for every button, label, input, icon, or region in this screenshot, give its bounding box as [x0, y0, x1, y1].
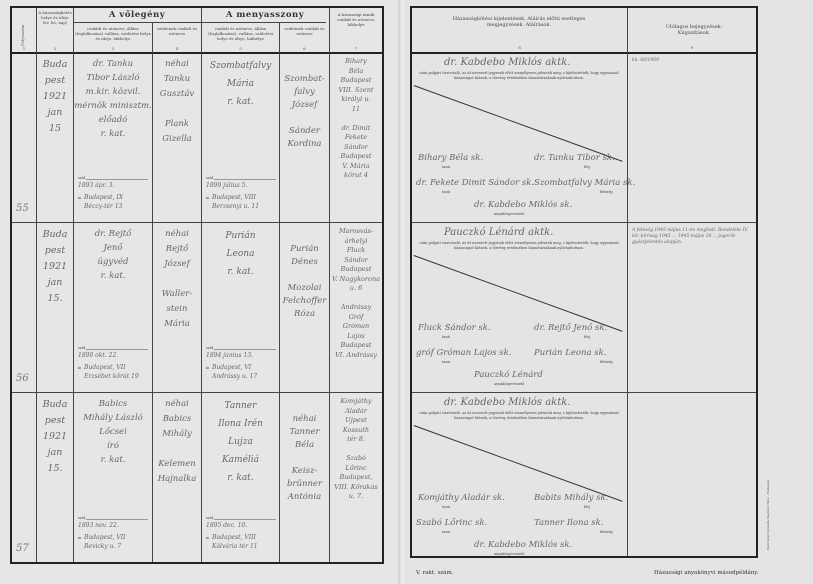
born-label: szül.: [206, 516, 214, 521]
signature-groom: dr. Rejtő Jenő sk.: [534, 323, 607, 333]
groom-birth-date: 1893 ápr. 3.: [78, 181, 114, 190]
groom-details: Babics Mihály László Lőcsei író r. kat.: [74, 397, 152, 467]
in-label: in: [206, 536, 209, 541]
col-number: 3: [74, 46, 152, 51]
born-label: szül.: [78, 516, 86, 521]
groom-residence: Budapest, VII Revicky u. 7: [84, 533, 125, 551]
bride-details: Szombatfalvy Mária r. kat.: [202, 57, 279, 111]
in-label: in: [206, 366, 209, 371]
marriage-place-date: Buda pest 1921 jan 15: [37, 57, 73, 137]
witnesses: Komjáthy Aladár Ujpest Kossuth tér 8. Sz…: [330, 397, 382, 502]
signature-witness-2: gróf Gróman Lajos sk.: [416, 348, 512, 358]
col-header-bride-parents: szüleinek családi és utóneve: [281, 26, 328, 36]
signature-witness-2: Szabó Lőrinc sk.: [416, 518, 487, 528]
witness-label: tanú: [442, 165, 450, 169]
groom-birth-date: 1890 okt. 22.: [78, 351, 118, 360]
right-col-divider: [627, 8, 628, 556]
bride-birth-date: 1895 dec. 10.: [206, 521, 247, 530]
col-header-place-date: A házasságkötés helye és ideje (év, hó, …: [38, 10, 72, 25]
signature-witness-2: dr. Fekete Dimit Sándor sk.: [416, 178, 534, 188]
born-label: szül.: [206, 176, 214, 181]
witness-label: tanú: [442, 335, 450, 339]
signature-bride: Purián Leona sk.: [534, 348, 606, 358]
bride-title: A menyasszony: [202, 10, 328, 20]
groom-title: A vőlegény: [74, 10, 200, 20]
later-entry-note: kk. 60/1969: [632, 58, 752, 64]
signature-witness-1: Fluck Sándor sk.: [418, 323, 491, 333]
later-entry-note: A feleség 1945 május 11-én meghalt. Rend…: [632, 228, 752, 246]
right-row-separator-2: [412, 392, 756, 393]
printed-declaration: után polgári tisztviselő, az itt nevezet…: [414, 241, 624, 250]
groom-parents: néhai Tanku Gusztáv Plank Gizella: [153, 57, 201, 147]
in-label: in: [206, 196, 209, 201]
witness-label: tanú: [442, 530, 450, 534]
bride-parents: Szombat- falvy József Sánder Kordina: [280, 73, 329, 151]
printed-declaration: után polgári tisztviselő, az itt nevezet…: [414, 71, 624, 80]
signature-registrar: dr. Kabdebo Miklós sk.: [474, 540, 572, 550]
registrar-label: anyakönyvvezető: [494, 552, 524, 556]
groom-details: dr. Tanku Tibor László m.kir. közvil. mé…: [74, 57, 152, 141]
dotted-rule: [214, 179, 276, 180]
record-number: 56: [16, 373, 29, 384]
col-number: 7: [330, 46, 382, 51]
row-separator-2: [12, 392, 382, 393]
footer-copy-label: Házassági anyakönyvi másodpéldány.: [654, 570, 758, 576]
bride-label: feleség: [600, 530, 613, 534]
groom-birth-date: 1893 nov. 22.: [78, 521, 119, 530]
born-label: szül.: [78, 346, 86, 351]
witness-label: tanú: [442, 505, 450, 509]
col-header-bride: családi és utóneve, állása (foglalkozása…: [203, 26, 278, 41]
printer-imprint: Pesti Könyvnyomda Részvény-Társ. - Budap…: [766, 470, 770, 550]
bride-birth-date: 1899 július 5.: [206, 181, 247, 190]
col-header-witnesses: A házassági tanúk családi és utóneve, la…: [331, 12, 381, 27]
col-number: 5: [202, 46, 279, 51]
right-table-frame: [410, 6, 758, 558]
col-header-serial: Folyószám: [20, 20, 25, 46]
col-header-later-entries: Utólagos bejegyzések. Kiigazítások.: [654, 24, 734, 36]
witnesses: Bihary Béla Budapest VIII. Szent királyi…: [330, 57, 382, 181]
groom-bride-subrule: [74, 22, 326, 23]
groom-parents: néhai Babics Mihály Kelemen Hajnalka: [153, 397, 201, 487]
col-number: 1: [12, 46, 36, 51]
signature-groom: dr. Tanku Tibor sk.: [534, 153, 615, 163]
signature-groom: Babits Mihály sk.: [534, 493, 608, 503]
in-label: in: [78, 366, 81, 371]
groom-details: dr. Rejtő Jenő ügyvéd r. kat.: [74, 227, 152, 283]
signature-witness-1: Bihary Béla sk.: [418, 153, 483, 163]
signature-bride: Szombatfalvy Mária sk.: [534, 178, 635, 188]
dotted-rule: [86, 519, 148, 520]
col-number: 2: [37, 46, 73, 51]
col-number: 9: [628, 45, 756, 50]
registrar-heading: Pauczkó Lénárd aktk.: [444, 227, 553, 238]
marriage-place-date: Buda pest 1921 jan 15.: [37, 227, 73, 307]
left-register-page: Folyószám A házasságkötés helye és ideje…: [0, 0, 400, 584]
in-label: in: [78, 536, 81, 541]
dotted-rule: [86, 179, 148, 180]
groom-label: férj: [584, 505, 590, 509]
row-separator-1: [12, 222, 382, 223]
registrar-heading: dr. Kabdebo Miklós aktk.: [444, 397, 571, 408]
groom-residence: Budapest, VII Erzsébet körút 19: [84, 363, 139, 381]
col-number: 8: [412, 45, 627, 50]
printed-declaration: után polgári tisztviselő, az itt nevezet…: [414, 411, 624, 420]
col-header-declarations: Házasságkötési kijelentések. Aláírás elő…: [444, 16, 594, 28]
bride-birth-date: 1894 június 13.: [206, 351, 253, 360]
witnesses: Marosvás- árhelyi Fluck Sándor Budapest …: [330, 227, 382, 360]
registrar-heading: dr. Kabdebo Miklós aktk.: [444, 57, 571, 68]
registrar-label: anyakönyvvezető: [494, 382, 524, 386]
bride-residence: Budapest, VIII Kálvária tér 11: [212, 533, 258, 551]
witness-label: tanú: [442, 190, 450, 194]
marriage-place-date: Buda pest 1921 jan 15.: [37, 397, 73, 477]
signature-witness-1: Komjáthy Aladár sk.: [418, 493, 505, 503]
col-number: 4: [153, 46, 201, 51]
right-header-bottom-rule: [412, 52, 756, 54]
bride-label: feleség: [600, 360, 613, 364]
footer-stock-number: V. rakt. szám.: [416, 570, 453, 576]
record-number: 55: [16, 203, 29, 214]
groom-label: férj: [584, 335, 590, 339]
in-label: in: [78, 196, 81, 201]
groom-label: férj: [584, 165, 590, 169]
groom-parents: néhai Rejtő József Waller- stein Mária: [153, 227, 201, 332]
witness-label: tanú: [442, 360, 450, 364]
bride-residence: Budapest, VIII Berzsenyi u. 11: [212, 193, 259, 211]
bride-parents: néhai Tanner Béla Keisz- brünner Antónia: [280, 413, 329, 504]
bride-details: Tanner Ilona Irén Lujza Kaméliá r. kat.: [202, 397, 279, 487]
groom-residence: Budapest, IX Béccy-tér 13: [84, 193, 123, 211]
signature-registrar: Pauczkó Lénárd: [474, 370, 543, 380]
header-bottom-rule: [12, 52, 382, 54]
bride-residence: Budapest, VI Andrássy u. 17: [212, 363, 257, 381]
col-header-groom: családi és utóneve, állása (foglalkozása…: [75, 26, 151, 41]
bride-details: Purián Leona r. kat.: [202, 227, 279, 281]
record-number: 57: [16, 543, 29, 554]
right-register-page: Házasságkötési kijelentések. Aláírás elő…: [404, 0, 813, 584]
right-row-separator-1: [412, 222, 756, 223]
registrar-label: anyakönyvvezető: [494, 212, 524, 216]
bride-label: feleség: [600, 190, 613, 194]
col-number: 6: [280, 46, 329, 51]
signature-bride: Tanner Ilona sk.: [534, 518, 603, 528]
dotted-rule: [214, 349, 276, 350]
dotted-rule: [86, 349, 148, 350]
col-header-groom-parents: szüleinek családi és utóneve: [154, 26, 200, 36]
signature-registrar: dr. Kabdebo Miklós sk.: [474, 200, 572, 210]
bride-parents: Purián Dénes Mozolai Felchoffer Róza: [280, 243, 329, 321]
born-label: szül.: [78, 176, 86, 181]
dotted-rule: [214, 519, 276, 520]
born-label: szül.: [206, 346, 214, 351]
